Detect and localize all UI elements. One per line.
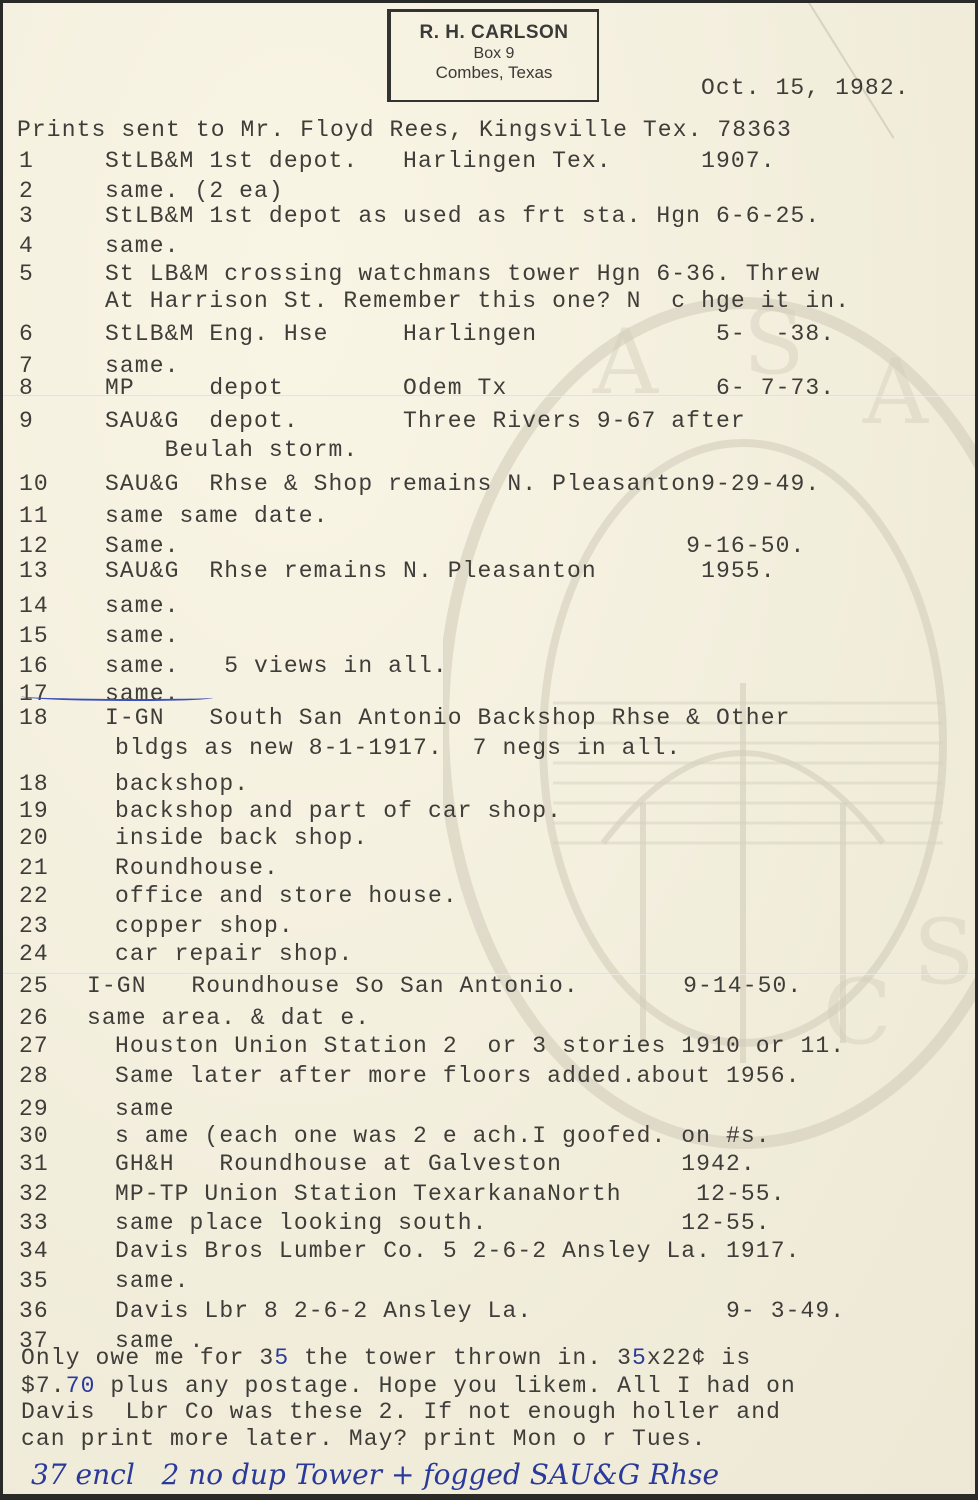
closing-text: x22¢ is [647, 1345, 751, 1371]
item-text: Davis Bros Lumber Co. 5 2-6-2 Ansley La.… [115, 1238, 801, 1264]
item-text: same [115, 1096, 175, 1122]
item-text: same. (2 ea) [105, 178, 284, 204]
item-number: 26 [19, 1005, 49, 1031]
item-number: 25 [19, 973, 49, 999]
item-number: 32 [19, 1181, 49, 1207]
item-text: MP depot Odem Tx 6- 7-73. [105, 375, 835, 401]
item-text: Houston Union Station 2 or 3 stories 191… [115, 1033, 845, 1059]
item-number: 9 [19, 408, 34, 434]
item-number: 35 [19, 1268, 49, 1294]
item-text: copper shop. [115, 913, 294, 939]
item-number: 10 [19, 471, 49, 497]
item-text: SAU&G Rhse & Shop remains N. Pleasanton9… [105, 471, 820, 497]
item-number: 18 [19, 771, 49, 797]
item-number: 18 [19, 705, 49, 731]
stamp-city: Combes, Texas [391, 63, 597, 83]
item-text: St LB&M crossing watchmans tower Hgn 6-3… [105, 261, 820, 287]
item-number: 27 [19, 1033, 49, 1059]
stamp-box: Box 9 [391, 45, 597, 63]
item-text: StLB&M Eng. Hse Harlingen 5- -38. [105, 321, 835, 347]
closing-text: Davis Lbr Co was these 2. If not enough … [21, 1399, 781, 1425]
closing-line: $7.70 plus any postage. Hope you likem. … [21, 1373, 796, 1399]
item-text: SAU&G depot. Three Rivers 9-67 after [105, 408, 746, 434]
handwritten-note: 37 encl 2 no dup Tower + fogged SAU&G Rh… [31, 1458, 719, 1491]
item-number: 4 [19, 233, 34, 259]
item-number: 34 [19, 1238, 49, 1264]
item-text: MP-TP Union Station TexarkanaNorth 12-55… [115, 1181, 786, 1207]
item-number: 22 [19, 883, 49, 909]
letter-page: ASA CS R. H. CARLSON Box 9 Combes, Texas… [3, 3, 975, 1494]
letter-heading: Prints sent to Mr. Floyd Rees, Kingsvill… [17, 117, 792, 143]
item-text: backshop and part of car shop. [115, 798, 562, 824]
item-number: 5 [19, 261, 34, 287]
item-number: 30 [19, 1123, 49, 1149]
item-text: same. [105, 233, 180, 259]
item-text: s ame (each one was 2 e ach.I goofed. on… [115, 1123, 771, 1149]
item-text: I-GN South San Antonio Backshop Rhse & O… [105, 705, 791, 731]
item-text: same. [105, 623, 180, 649]
letter-date: Oct. 15, 1982. [701, 75, 910, 101]
item-number: 31 [19, 1151, 49, 1177]
item-text: At Harrison St. Remember this one? N c h… [105, 288, 850, 314]
item-number: 8 [19, 375, 34, 401]
svg-text:A: A [862, 340, 929, 445]
item-text: same area. & dat e. [87, 1005, 370, 1031]
closing-line: Only owe me for 35 the tower thrown in. … [21, 1345, 751, 1371]
item-text: GH&H Roundhouse at Galveston 1942. [115, 1151, 756, 1177]
closing-line: can print more later. May? print Mon o r… [21, 1426, 707, 1452]
ink-correction: 5 [274, 1345, 289, 1371]
closing-line: Davis Lbr Co was these 2. If not enough … [21, 1399, 781, 1425]
closing-text: Only owe me for 3 [21, 1345, 274, 1371]
item-text: I-GN Roundhouse So San Antonio. 9-14-50. [87, 973, 802, 999]
closing-text: $7. [21, 1373, 66, 1399]
item-number: 6 [19, 321, 34, 347]
item-text: StLB&M 1st depot. Harlingen Tex. 1907. [105, 148, 776, 174]
item-text: SAU&G Rhse remains N. Pleasanton 1955. [105, 558, 776, 584]
item-text: same. 5 views in all. [105, 653, 448, 679]
item-text: StLB&M 1st depot as used as frt sta. Hgn… [105, 203, 820, 229]
item-number: 33 [19, 1210, 49, 1236]
item-number: 19 [19, 798, 49, 824]
svg-text:S: S [913, 900, 975, 1005]
item-text: same. [115, 1268, 190, 1294]
return-address-stamp: R. H. CARLSON Box 9 Combes, Texas [387, 9, 599, 102]
closing-text: can print more later. May? print Mon o r… [21, 1426, 707, 1452]
item-text: office and store house. [115, 883, 458, 909]
item-number: 12 [19, 533, 49, 559]
item-text: car repair shop. [115, 941, 353, 967]
item-text: Davis Lbr 8 2-6-2 Ansley La. 9- 3-49. [115, 1298, 845, 1324]
item-number: 24 [19, 941, 49, 967]
ink-correction: 70 [66, 1373, 96, 1399]
ink-correction: 5 [632, 1345, 647, 1371]
item-text: Roundhouse. [115, 855, 279, 881]
ink-underline [21, 693, 213, 701]
item-number: 20 [19, 825, 49, 851]
item-number: 29 [19, 1096, 49, 1122]
item-number: 1 [19, 148, 34, 174]
item-number: 23 [19, 913, 49, 939]
closing-text: the tower thrown in. 3 [289, 1345, 632, 1371]
item-number: 2 [19, 178, 34, 204]
item-number: 16 [19, 653, 49, 679]
item-text: same same date. [105, 503, 329, 529]
item-text: inside back shop. [115, 825, 368, 851]
item-number: 28 [19, 1063, 49, 1089]
item-text: backshop. [115, 771, 249, 797]
item-number: 13 [19, 558, 49, 584]
item-number: 21 [19, 855, 49, 881]
item-number: 14 [19, 593, 49, 619]
item-text: Same. 9-16-50. [105, 533, 805, 559]
item-text: Same later after more floors added.about… [115, 1063, 801, 1089]
item-number: 36 [19, 1298, 49, 1324]
stamp-name: R. H. CARLSON [391, 22, 597, 44]
closing-text: plus any postage. Hope you likem. All I … [96, 1373, 796, 1399]
item-number: 15 [19, 623, 49, 649]
item-number: 11 [19, 503, 49, 529]
item-text: Beulah storm. [105, 437, 358, 463]
item-number: 3 [19, 203, 34, 229]
item-text: same. [105, 593, 180, 619]
item-text: bldgs as new 8-1-1917. 7 negs in all. [115, 735, 681, 761]
item-text: same place looking south. 12-55. [115, 1210, 771, 1236]
